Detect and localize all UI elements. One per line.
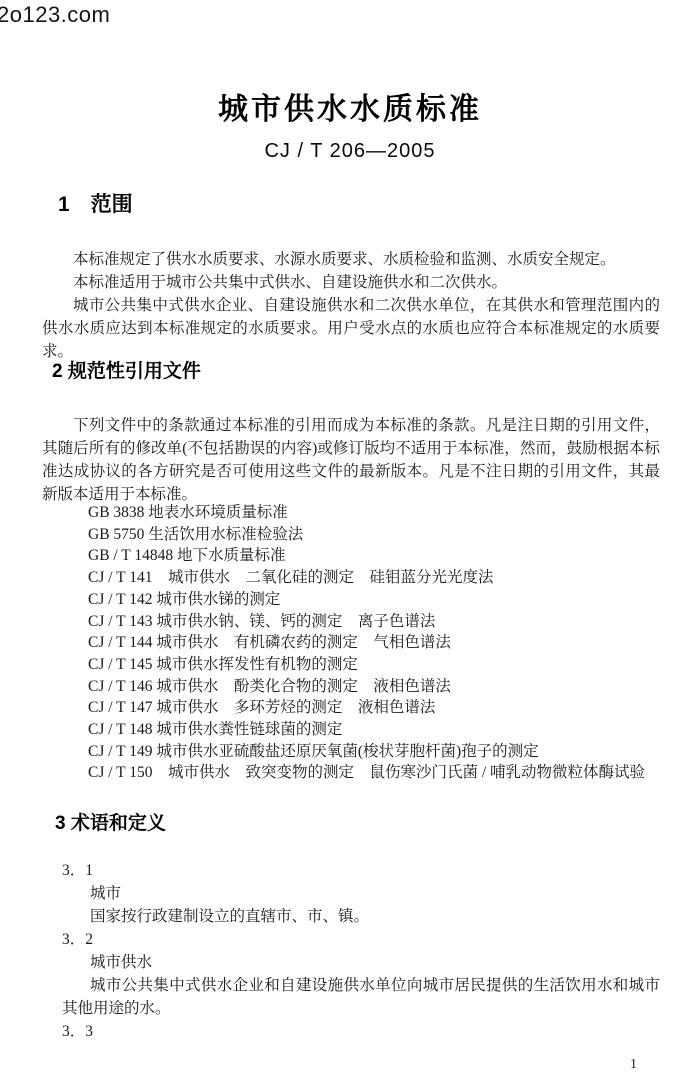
paragraph-scope-2: 本标准适用于城市公共集中式供水、自建设施供水和二次供水。: [42, 271, 660, 294]
references-list: GB 3838 地表水环境质量标准 GB 5750 生活饮用水标准检验法 GB …: [88, 502, 676, 784]
watermark: 2o123.com: [0, 2, 110, 28]
section-3-heading: 3 术语和定义: [55, 813, 166, 835]
paragraph-scope-3: 城市公共集中式供水企业、自建设施供水和二次供水单位，在其供水和管理范围内的供水水…: [42, 294, 660, 363]
section-3-body: 3．1 城市 国家按行政建制设立的直辖市、市、镇。 3．2 城市供水 城市公共集…: [62, 859, 660, 1043]
document-title: 城市供水水质标准: [0, 84, 700, 128]
term-number: 3．2: [62, 928, 660, 951]
paragraph-scope-1: 本标准规定了供水水质要求、水源水质要求、水质检验和监测、水质安全规定。: [42, 248, 660, 271]
reference-item: GB 3838 地表水环境质量标准: [88, 502, 676, 524]
reference-item: CJ / T 148 城市供水粪性链球菌的测定: [88, 719, 676, 741]
page-number: 1: [630, 1057, 637, 1073]
section-1-heading: 1 范围: [58, 193, 133, 217]
section-2-intro: 下列文件中的条款通过本标准的引用而成为本标准的条款。凡是注日期的引用文件，其随后…: [42, 414, 660, 506]
term-name: 城市: [62, 882, 660, 905]
standard-code: CJ / T 206—2005: [0, 140, 700, 163]
reference-item: CJ / T 146 城市供水 酚类化合物的测定 液相色谱法: [88, 676, 676, 698]
reference-item: CJ / T 143 城市供水钠、镁、钙的测定 离子色谱法: [88, 611, 676, 633]
reference-item: CJ / T 149 城市供水亚硫酸盐还原厌氧菌(梭状芽胞杆菌)孢子的测定: [88, 741, 676, 763]
paragraph-references-intro: 下列文件中的条款通过本标准的引用而成为本标准的条款。凡是注日期的引用文件，其随后…: [42, 414, 660, 506]
section-2-heading: 2 规范性引用文件: [52, 361, 201, 383]
term-definition: 国家按行政建制设立的直辖市、市、镇。: [62, 905, 660, 928]
reference-item: CJ / T 144 城市供水 有机磷农药的测定 气相色谱法: [88, 632, 676, 654]
term-name: 城市供水: [62, 951, 660, 974]
reference-item: GB 5750 生活饮用水标准检验法: [88, 524, 676, 546]
reference-item: CJ / T 145 城市供水挥发性有机物的测定: [88, 654, 676, 676]
term-number: 3．1: [62, 859, 660, 882]
reference-item: CJ / T 150 城市供水 致突变物的测定 鼠伤寒沙门氏菌 / 哺乳动物微粒…: [88, 762, 676, 784]
reference-item: CJ / T 147 城市供水 多环芳烃的测定 液相色谱法: [88, 697, 676, 719]
reference-item: CJ / T 142 城市供水锑的测定: [88, 589, 676, 611]
section-1-body: 本标准规定了供水水质要求、水源水质要求、水质检验和监测、水质安全规定。 本标准适…: [42, 248, 660, 363]
term-definition: 城市公共集中式供水企业和自建设施供水单位向城市居民提供的生活饮用水和城市其他用途…: [62, 974, 660, 1020]
reference-item: CJ / T 141 城市供水 二氧化硅的测定 硅钼蓝分光光度法: [88, 567, 676, 589]
reference-item: GB / T 14848 地下水质量标准: [88, 545, 676, 567]
term-number: 3．3: [62, 1020, 660, 1043]
